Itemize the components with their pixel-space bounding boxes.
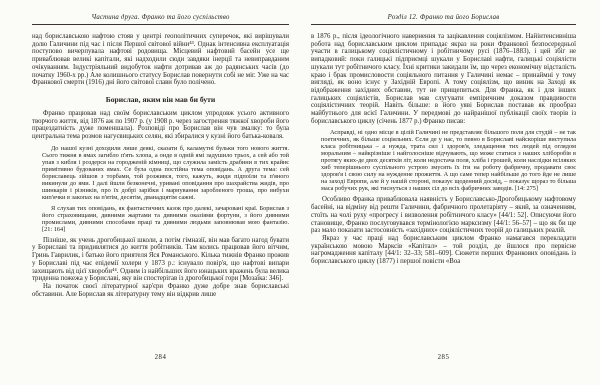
left-page: Частина друга. Франко та його суспільств…: [32, 14, 289, 385]
block-quote: Я слухав тих оповідань, як фантастичних …: [42, 205, 289, 233]
body-paragraph: Пізніше, як учень дрогобицької школи, а …: [32, 237, 289, 283]
header-rule-right: [311, 24, 576, 25]
body-paragraph: Особливо Франка приваблювала наявність у…: [311, 196, 576, 235]
running-head-right: Розділ 12. Франко та його Борислав: [311, 14, 576, 24]
body-paragraph: в 1876 р., після ідеологічного наверненн…: [311, 33, 576, 125]
block-quote: До нашої кузні доходили лише деякі, сказ…: [42, 145, 289, 201]
body-paragraph: Якраз у час праці над бориславським цикл…: [311, 235, 576, 266]
block-quote: Асправді, ні одно місце в цілій Галичині…: [321, 129, 576, 192]
page-number-right: 285: [311, 354, 576, 361]
body-paragraph: Франко працював над своїм бориславським …: [32, 110, 289, 141]
body-paragraph: На початок своєї літературної кар'єри Фр…: [32, 283, 289, 298]
right-page: Розділ 12. Франко та його Борислав в 187…: [311, 14, 576, 385]
book-spread: Частина друга. Франко та його суспільств…: [0, 0, 600, 385]
section-heading: Борислав, яким він мав би бути: [32, 95, 289, 104]
page-number-left: 284: [32, 354, 289, 361]
header-rule-left: [32, 24, 289, 25]
body-paragraph: над бориславською нафтою стояв у центрі …: [32, 33, 289, 87]
running-head-left: Частина друга. Франко та його суспільств…: [32, 14, 289, 24]
